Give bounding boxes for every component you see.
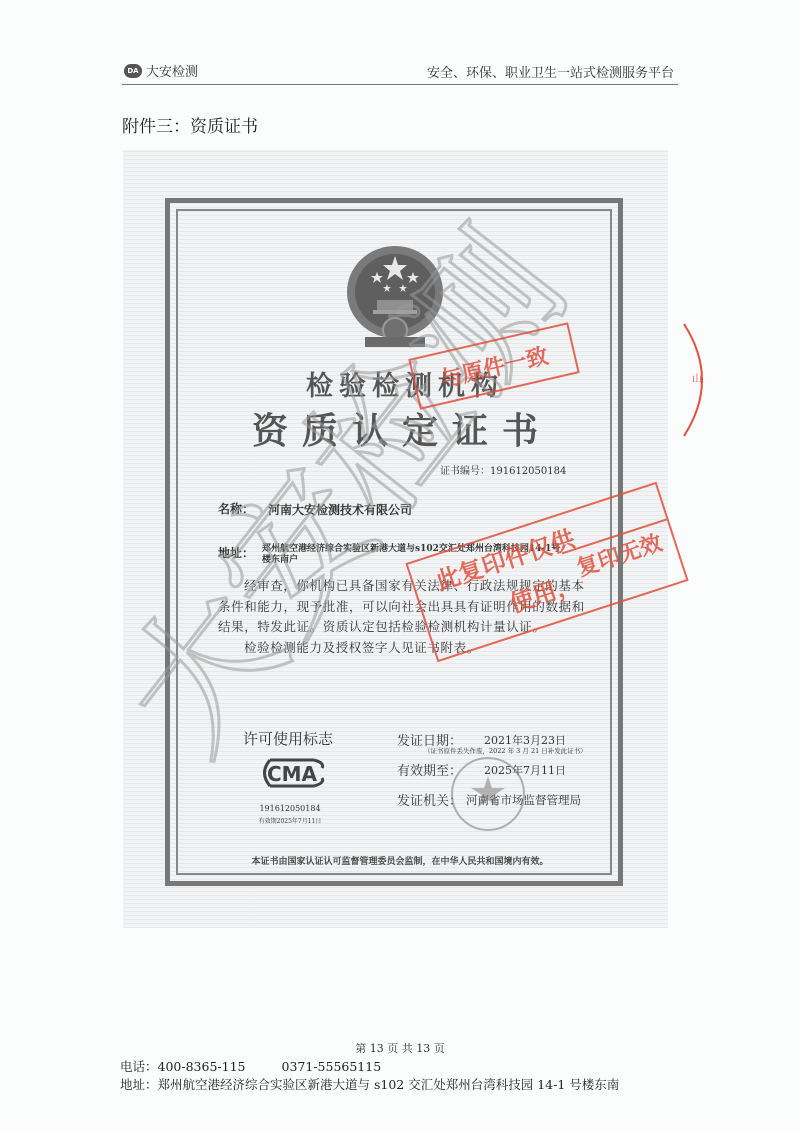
svg-text:CMA: CMA [267,762,318,786]
mark-number: 191612050184 [232,804,348,813]
svg-text:山: 山 [692,372,702,385]
footer-address: 地址：郑州航空港经济综合实验区新港大道与 s102 交汇处郑州台湾科技园 14-… [120,1075,619,1093]
official-seal-icon [448,754,528,834]
address-label: 地址： [218,544,254,561]
certificate-number: 证书编号：191612050184 [440,462,566,477]
partial-seal-icon: 山 [676,320,716,440]
name-value: 河南大安检测技术有限公司 [268,501,412,518]
mark-title: 许可使用标志 [243,728,333,749]
company-logo: DA 大安检测 [124,61,198,80]
page-number: 第 13 页 共 13 页 [0,1040,800,1056]
footer-phone: 电话：400-8365-1150371-55565115 [120,1057,381,1075]
supervision-note: 本证书由国家认证认可监督管理委员会监制，在中华人民共和国境内有效。 [0,854,800,867]
attachment-title: 附件三：资质证书 [122,112,258,137]
page-header: DA 大安检测 安全、环保、职业卫生一站式检测服务平台 [122,58,678,85]
national-emblem-icon [343,242,447,352]
body-paragraph: 检验检测能力及授权签字人见证书附表。 [218,638,586,659]
cma-logo-icon: CMA [256,757,328,789]
name-label: 名称： [218,500,254,517]
mark-validity: 有效期2025年7月11日 [232,816,348,825]
header-slogan: 安全、环保、职业卫生一站式检测服务平台 [427,62,674,81]
logo-text: 大安检测 [146,61,198,80]
logo-badge-icon: DA [124,64,142,78]
